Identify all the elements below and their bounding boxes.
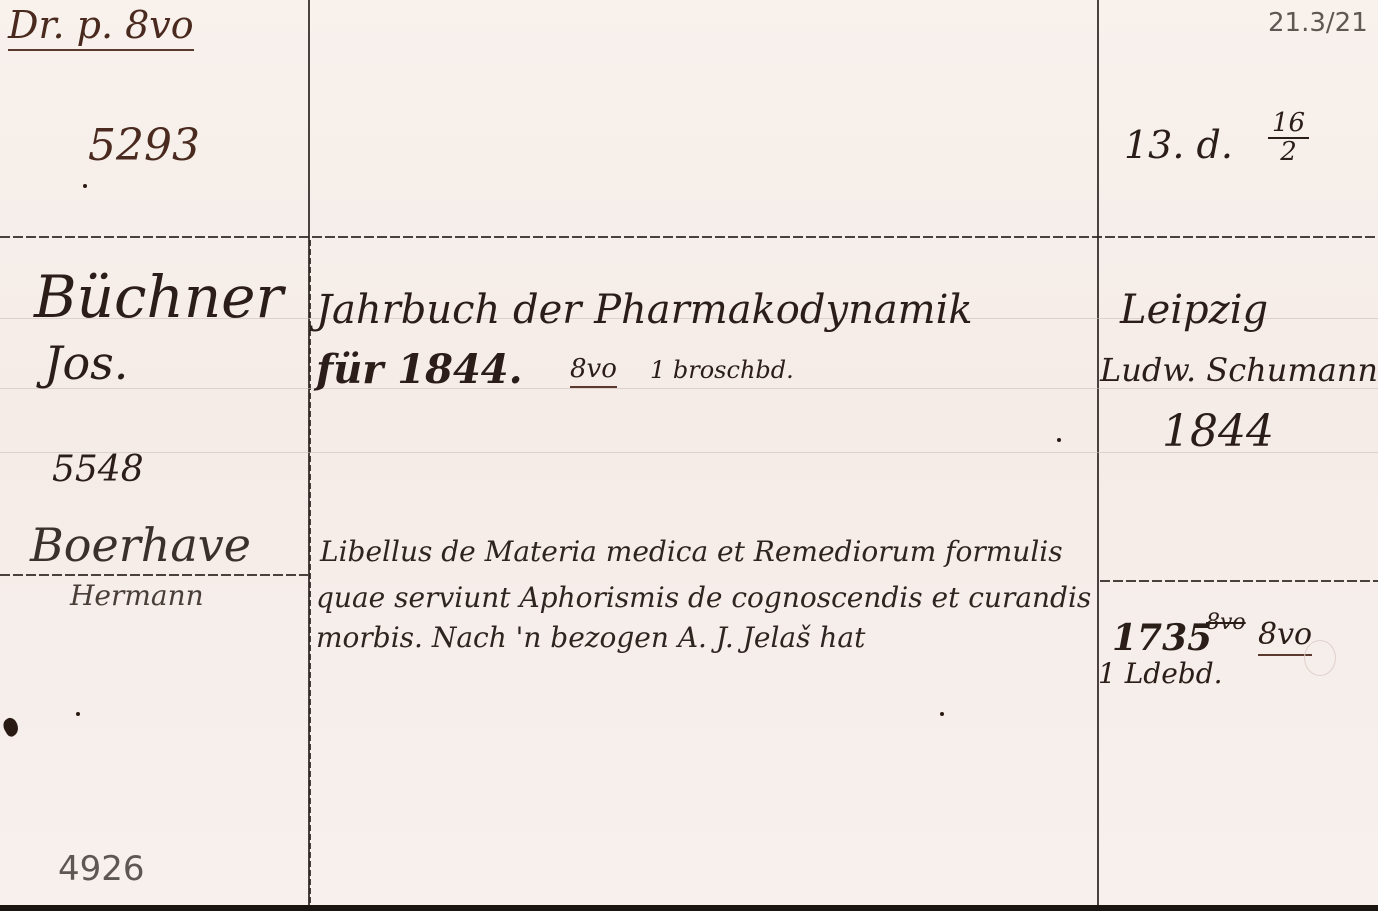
accession-number: 5548 — [52, 452, 144, 488]
author-surname: Boerhave — [30, 522, 251, 568]
author-given-name: Hermann — [70, 582, 204, 610]
title-line-2: quae serviunt Aphorismis de cognoscendis… — [316, 584, 1091, 612]
ink-blot — [0, 716, 21, 739]
catalog-card: Dr. p. 8vo 5293 21.3/21 13. d. 16 2 Büch… — [0, 0, 1378, 911]
publication-place: Leipzig — [1120, 290, 1268, 330]
title-line-2: für 1844. — [316, 350, 523, 390]
shelf-fraction-denominator: 2 — [1268, 139, 1309, 166]
title-line-3: morbis. Nach 'n bezogen A. J. Jelaš hat — [316, 624, 865, 652]
ink-dot — [83, 184, 87, 188]
shelf-mark: 13. d. — [1124, 126, 1233, 164]
format-label: 8vo — [1258, 620, 1312, 650]
title-line-1: Jahrbuch der Pharmakodynamik — [316, 290, 973, 330]
pencil-inventory-number: 4926 — [58, 852, 145, 886]
publisher: Ludw. Schumann — [1100, 354, 1378, 386]
pencil-date: 21.3/21 — [1268, 10, 1368, 36]
volume-binding: 1 broschbd. — [650, 358, 794, 382]
format-code: Dr. p. 8vo — [8, 6, 194, 44]
ink-dot — [940, 712, 944, 716]
title-line-1: Libellus de Materia medica et Remediorum… — [320, 538, 1063, 566]
row-divider-top — [0, 236, 1378, 238]
shelf-fraction: 16 2 — [1268, 110, 1309, 167]
publication-year: 1844 — [1162, 410, 1274, 454]
faint-stamp-mark — [1304, 640, 1336, 676]
shelf-fraction-numerator: 16 — [1268, 110, 1309, 139]
author-given-name: Jos. — [44, 340, 128, 386]
format-label: 8vo — [570, 356, 617, 382]
struck-format: 8vo — [1206, 612, 1246, 634]
row-divider-left-lower — [0, 574, 308, 576]
column-divider-left-lower — [309, 240, 311, 905]
ink-dot — [1057, 438, 1061, 442]
volume-binding: 1 Ldebd. — [1098, 660, 1223, 688]
call-number: 5293 — [88, 124, 200, 168]
author-surname: Büchner — [34, 268, 283, 326]
row-divider-right-lower — [1100, 580, 1378, 582]
ink-dot — [76, 712, 80, 716]
publication-year: 1735 — [1112, 620, 1212, 656]
